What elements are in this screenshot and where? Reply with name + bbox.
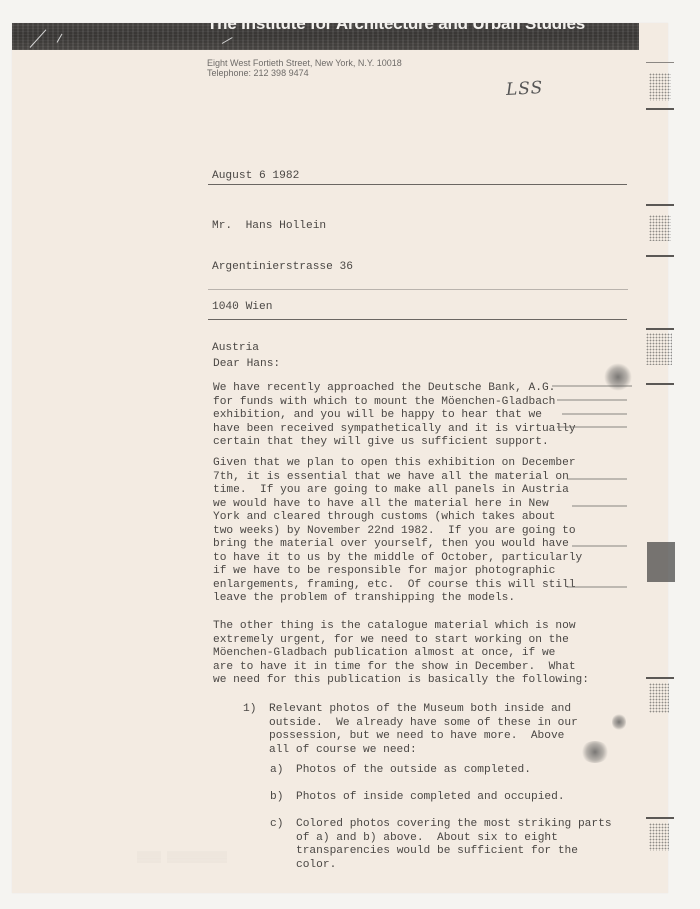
text-line: York and cleared through customs (which … bbox=[213, 511, 582, 525]
copy-artifact bbox=[646, 333, 672, 365]
text-line: transparencies would be sufficient for t… bbox=[296, 845, 612, 859]
letter-date: August 6 1982 bbox=[212, 170, 299, 184]
subitem-marker: b) bbox=[270, 791, 283, 805]
salutation: Dear Hans: bbox=[213, 358, 280, 372]
letterhead-banner: The Institute for Architecture and Urban… bbox=[12, 23, 639, 50]
text-line: two weeks) by November 22nd 1982. If you… bbox=[213, 525, 582, 539]
faint-rule bbox=[208, 289, 628, 290]
list-item-text: Relevant photos of the Museum both insid… bbox=[269, 703, 578, 757]
copy-streak bbox=[562, 413, 627, 415]
telephone-line: Telephone: 212 398 9474 bbox=[207, 68, 402, 78]
copy-streak bbox=[567, 586, 627, 588]
text-line: Relevant photos of the Museum both insid… bbox=[269, 703, 578, 717]
ink-smudge bbox=[580, 741, 610, 763]
recipient-name: Mr. Hans Hollein bbox=[212, 220, 353, 234]
subitem-text: Photos of the outside as completed. bbox=[296, 764, 531, 778]
text-line: are to have it in time for the show in D… bbox=[213, 661, 589, 675]
paragraph: We have recently approached the Deutsche… bbox=[213, 382, 576, 450]
text-line: leave the problem of transhipping the mo… bbox=[213, 592, 582, 606]
copy-artifact bbox=[649, 823, 669, 851]
paragraph: The other thing is the catalogue materia… bbox=[213, 620, 589, 688]
subitem-text: Colored photos covering the most strikin… bbox=[296, 818, 612, 872]
date-rule bbox=[208, 184, 627, 185]
text-line: 7th, it is essential that we have all th… bbox=[213, 471, 582, 485]
copy-artifact bbox=[646, 677, 674, 679]
recipient-country: Austria bbox=[212, 342, 353, 356]
text-line: we would have to have all the material h… bbox=[213, 498, 582, 512]
copy-artifact bbox=[649, 215, 671, 241]
text-line: enlargements, framing, etc. Of course th… bbox=[213, 579, 582, 593]
list-marker: 1) bbox=[243, 703, 256, 717]
text-line: for funds with which to mount the Möench… bbox=[213, 396, 576, 410]
recipient-street: Argentinierstrasse 36 bbox=[212, 261, 353, 275]
text-line: The other thing is the catalogue materia… bbox=[213, 620, 589, 634]
copy-streak bbox=[572, 505, 627, 507]
text-line: Photos of inside completed and occupied. bbox=[296, 791, 565, 805]
address-rule bbox=[208, 319, 627, 320]
copy-artifact bbox=[646, 108, 674, 110]
institution-name: The Institute for Architecture and Urban… bbox=[207, 23, 585, 34]
paragraph: Given that we plan to open this exhibiti… bbox=[213, 457, 582, 606]
copy-artifact bbox=[647, 542, 675, 582]
recipient-city: 1040 Wien bbox=[212, 301, 353, 315]
copy-streak bbox=[552, 385, 632, 387]
text-line: exhibition, and you will be happy to hea… bbox=[213, 409, 576, 423]
text-line: bring the material over yourself, then y… bbox=[213, 538, 582, 552]
copy-streak bbox=[557, 399, 627, 401]
text-line: if we have to be responsible for major p… bbox=[213, 565, 582, 579]
text-line: Möenchen-Gladbach publication almost at … bbox=[213, 647, 589, 661]
letterhead-address: Eight West Fortieth Street, New York, N.… bbox=[207, 58, 402, 78]
text-line: Given that we plan to open this exhibiti… bbox=[213, 457, 582, 471]
copy-artifact bbox=[646, 255, 674, 257]
text-line: possession, but we need to have more. Ab… bbox=[269, 730, 578, 744]
text-line: time. If you are going to make all panel… bbox=[213, 484, 582, 498]
copy-artifact bbox=[646, 62, 674, 63]
copy-artifact bbox=[646, 817, 674, 819]
address-line: Eight West Fortieth Street, New York, N.… bbox=[207, 58, 402, 68]
text-line: We have recently approached the Deutsche… bbox=[213, 382, 576, 396]
text-line: to have it to us by the middle of Octobe… bbox=[213, 552, 582, 566]
scratch-mark bbox=[30, 29, 47, 48]
text-line: extremely urgent, for we need to start w… bbox=[213, 634, 589, 648]
recipient-address: Mr. Hans Hollein Argentinierstrasse 36 1… bbox=[212, 193, 353, 382]
subitem-marker: a) bbox=[270, 764, 283, 778]
copy-streak bbox=[557, 426, 627, 428]
text-line: outside. We already have some of these i… bbox=[269, 717, 578, 731]
copy-streak bbox=[572, 545, 627, 547]
bleed-through: ▒▒▒▒ ▒▒▒▒▒▒▒▒▒▒ bbox=[137, 853, 227, 864]
text-line: of a) and b) above. About six to eight bbox=[296, 832, 612, 846]
text-line: color. bbox=[296, 859, 612, 873]
scratch-mark bbox=[57, 34, 63, 43]
copy-artifact bbox=[646, 383, 674, 385]
handwritten-annotation: LSS bbox=[506, 78, 544, 100]
ink-smudge bbox=[612, 713, 626, 731]
text-line: all of course we need: bbox=[269, 744, 578, 758]
letter-page: The Institute for Architecture and Urban… bbox=[12, 23, 668, 893]
subitem-text: Photos of inside completed and occupied. bbox=[296, 791, 565, 805]
scratch-mark bbox=[222, 37, 233, 44]
copy-artifact bbox=[646, 328, 674, 330]
text-line: we need for this publication is basicall… bbox=[213, 674, 589, 688]
text-line: Colored photos covering the most strikin… bbox=[296, 818, 612, 832]
copy-artifact bbox=[646, 204, 674, 206]
copy-artifact bbox=[649, 683, 669, 713]
text-line: certain that they will give us sufficien… bbox=[213, 436, 576, 450]
text-line: Photos of the outside as completed. bbox=[296, 764, 531, 778]
text-line: have been received sympathetically and i… bbox=[213, 423, 576, 437]
copy-streak bbox=[567, 478, 627, 480]
copy-artifact bbox=[649, 73, 671, 101]
subitem-marker: c) bbox=[270, 818, 283, 832]
